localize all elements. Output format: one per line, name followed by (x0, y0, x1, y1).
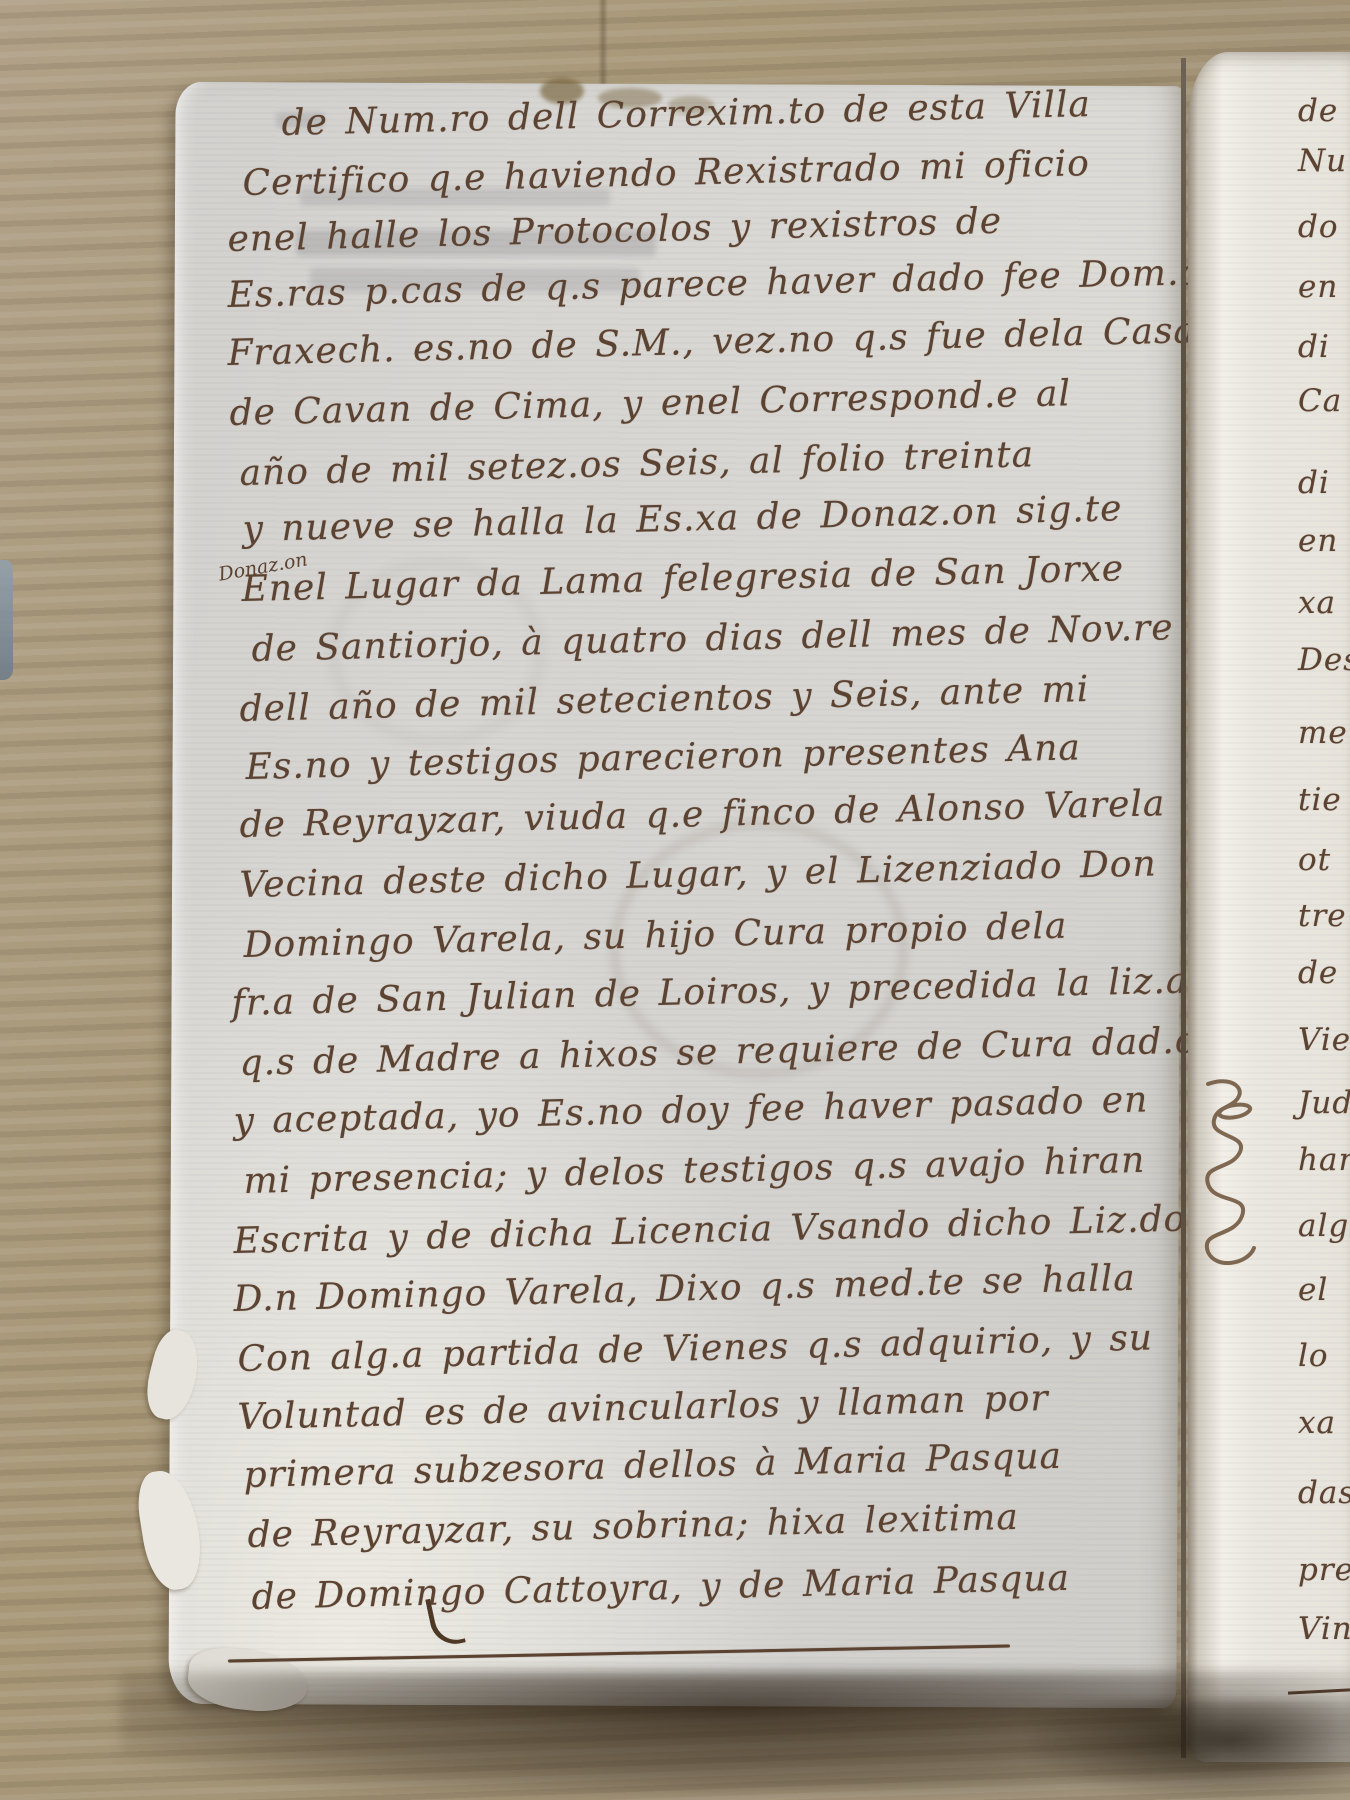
text-fragment: tie (1298, 785, 1342, 816)
text-fragment: di (1298, 468, 1330, 499)
text-fragment: alg (1298, 1211, 1349, 1242)
notary-rubric (1178, 1072, 1274, 1282)
text-fragment: Nu (1298, 146, 1347, 177)
text-fragment: ot (1298, 845, 1331, 876)
text-fragment: Jud (1298, 1088, 1350, 1119)
text-fragment: pre (1298, 1555, 1350, 1586)
text-fragment: Ca (1298, 386, 1342, 417)
text-fragment: en (1298, 526, 1338, 557)
blue-debris (0, 560, 13, 680)
text-fragment: han (1298, 1145, 1350, 1176)
page-gap (1181, 58, 1186, 1758)
text-fragment: el (1298, 1275, 1328, 1306)
text-fragment: xa (1298, 588, 1336, 619)
text-fragment: tre (1298, 901, 1347, 932)
text-fragment: de (1298, 96, 1338, 127)
text-fragment: en (1298, 272, 1338, 303)
text-fragment: Vie (1298, 1025, 1350, 1056)
paper-shadow (1030, 1700, 1350, 1800)
text-fragment: lo (1298, 1341, 1329, 1372)
cardboard-crease (598, 0, 608, 95)
text-fragment: di (1298, 332, 1330, 363)
text-fragment: Des (1298, 645, 1350, 676)
text-fragment: Vin (1298, 1614, 1350, 1645)
text-fragment: de (1298, 958, 1338, 989)
text-fragment: xa (1298, 1408, 1336, 1439)
text-fragment: das. (1298, 1478, 1350, 1509)
text-fragment: do (1298, 212, 1339, 243)
text-fragment: me (1298, 718, 1348, 749)
manuscript-photo: { "document": { "type_label": "18th-cent… (0, 0, 1350, 1800)
